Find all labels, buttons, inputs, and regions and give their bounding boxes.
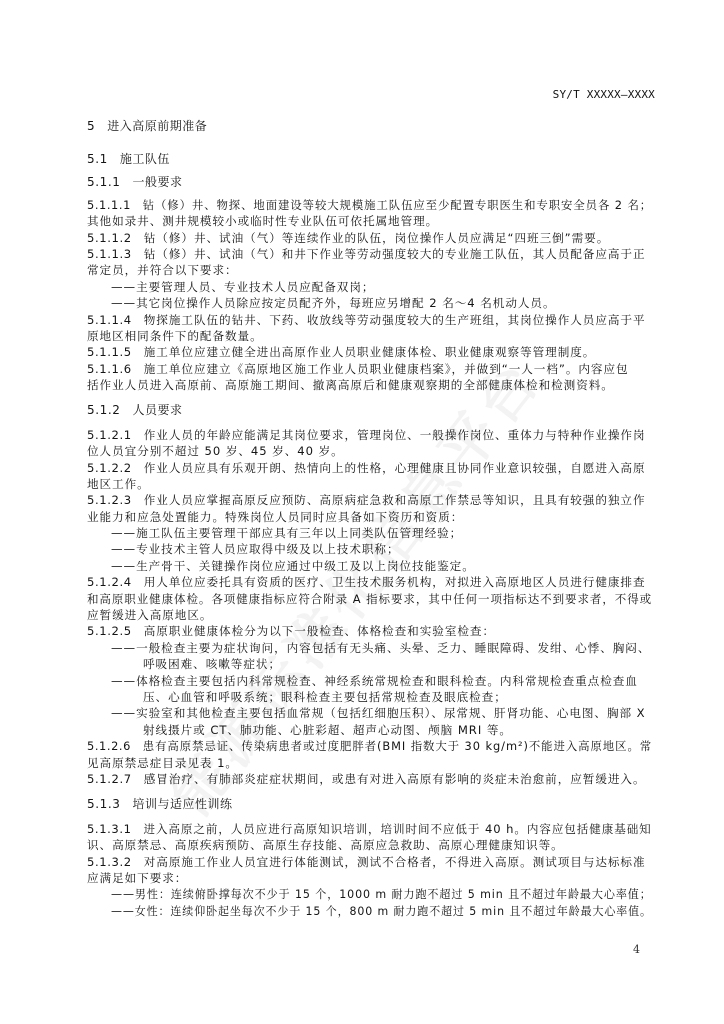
paragraph-line: 5.1.1.5施工单位应建立健全进出高原作业人员职业健康体检、职业健康观察等管理… bbox=[87, 344, 595, 360]
paragraph-line: 5.1.2.1作业人员的年龄应能满足其岗位要求，管理岗位、一般操作岗位、重体力与… bbox=[87, 427, 646, 443]
subsection-heading: 5.1.1一般要求 bbox=[87, 174, 183, 190]
list-item: ——专业技术主管人员应取得中级及以上技术职称； bbox=[111, 541, 400, 557]
line-text: 地区工作。 bbox=[87, 477, 150, 491]
list-item: ——体格检查主要包括内科常规检查、神经系统常规检查和眼科检查。内科常规检查重点检… bbox=[111, 673, 638, 689]
clause-number: 5.1.1.5 bbox=[87, 345, 132, 359]
list-item: ——实验室和其他检查主要包括血常规（包括红细胞压积）、尿常规、肝肾功能、心电图、… bbox=[111, 705, 646, 721]
paragraph-line: 业能力和应急处置能力。特殊岗位人员同时应具备如下资历和资质： bbox=[87, 509, 463, 525]
line-text: ——男性：连续俯卧撑每次不少于 15 个，1000 m 耐力跑不超过 5 min… bbox=[111, 887, 652, 901]
paragraph-line: 5.1.2.5高原职业健康体检分为以下一般检查、体格检查和实验室检查： bbox=[87, 623, 495, 639]
line-text: 进入高原之前，人员应进行高原知识培训，培训时间不应低于 40 h。内容应包括健康… bbox=[143, 822, 651, 836]
clause-number: 5.1.2.4 bbox=[87, 575, 132, 589]
line-text: 括作业人员进入高原前、高原施工期间、撤离高原后和健康观察期的全部健康体检和检测资… bbox=[87, 378, 614, 392]
clause-number: 5.1.3.2 bbox=[87, 855, 132, 869]
clause-number: 5.1.1 bbox=[87, 175, 121, 189]
paragraph-line: 原地区相同条件下的配备数量。 bbox=[87, 328, 263, 344]
paragraph-line: 5.1.3.1进入高原之前，人员应进行高原知识培训，培训时间不应低于 40 h。… bbox=[87, 821, 652, 837]
clause-number: 5.1.2.3 bbox=[87, 493, 132, 507]
line-text: 作业人员应掌握高原反应预防、高原病症急救和高原工作禁忌等知识，且具有较强的独立作 bbox=[144, 493, 646, 507]
line-text: 施工队伍 bbox=[120, 152, 170, 166]
line-text: 一般要求 bbox=[133, 175, 183, 189]
clause-number: 5.1.3 bbox=[87, 797, 121, 811]
line-text: 人员要求 bbox=[133, 403, 183, 417]
paragraph-line: 常定员，并符合以下要求： bbox=[87, 262, 238, 278]
line-text: 常定员，并符合以下要求： bbox=[87, 263, 238, 277]
list-item: ——一般检查主要为症状询问，内容包括有无头痛、头晕、乏力、睡眠障碍、发绀、心悸、… bbox=[111, 640, 650, 656]
paragraph-line: 位人员宜分别不超过 50 岁、45 岁、40 岁。 bbox=[87, 443, 344, 459]
line-text: 应满足如下要求： bbox=[87, 871, 187, 885]
paragraph-line: 5.1.1.6施工单位应建立《高原地区施工作业人员职业健康档案》，并做到“一人一… bbox=[87, 361, 629, 377]
line-text: ——一般检查主要为症状询问，内容包括有无头痛、头晕、乏力、睡眠障碍、发绀、心悸、… bbox=[111, 641, 650, 655]
line-text: 射线摄片或 CT、肺功能、心脏彩超、超声心动图、颅脑 MRI 等。 bbox=[143, 723, 512, 737]
line-text: 见高原禁忌症目录见表 1。 bbox=[87, 756, 238, 770]
subsection-heading: 5.1.3培训与适应性训练 bbox=[87, 796, 233, 812]
paragraph-line: 5.1.2.6患有高原禁忌证、传染病患者或过度肥胖者(BMI 指数大于 30 k… bbox=[87, 738, 652, 754]
line-text: 施工单位应建立健全进出高原作业人员职业健康体检、职业健康观察等管理制度。 bbox=[144, 345, 596, 359]
list-item: ——其它岗位操作人员除应按定员配齐外，每班应另增配 2 名～4 名机动人员。 bbox=[111, 295, 556, 311]
clause-number: 5.1.1.1 bbox=[87, 198, 131, 212]
line-text: ——女性：连续仰卧起坐每次不少于 15 个，800 m 耐力跑不超过 5 min… bbox=[111, 904, 652, 918]
line-text: 钻（修）井、试油（气）等连续作业的队伍，岗位操作人员应满足“四班三倒”需要。 bbox=[144, 231, 610, 245]
line-text: ——实验室和其他检查主要包括血常规（包括红细胞压积）、尿常规、肝肾功能、心电图、… bbox=[111, 706, 646, 720]
list-item: ——男性：连续俯卧撑每次不少于 15 个，1000 m 耐力跑不超过 5 min… bbox=[111, 886, 652, 902]
paragraph-line: 5.1.1.1钻（修）井、物探、地面建设等较大规模施工队伍应至少配置专职医生和专… bbox=[87, 197, 652, 213]
clause-number: 5.1 bbox=[87, 152, 108, 166]
line-text: 培训与适应性训练 bbox=[133, 797, 233, 811]
line-text: ——体格检查主要包括内科常规检查、神经系统常规检查和眼科检查。内科常规检查重点检… bbox=[111, 674, 638, 688]
paragraph-line: 5.1.3.2对高原施工作业人员宜进行体能测试，测试不合格者，不得进入高原。测试… bbox=[87, 854, 646, 870]
clause-number: 5.1.3.1 bbox=[87, 822, 132, 836]
clause-number: 5.1.1.2 bbox=[87, 231, 132, 245]
paragraph-line: 5.1.1.4物探施工队伍的钻井、下药、收放线等劳动强度较大的生产班组，其岗位操… bbox=[87, 312, 646, 328]
list-item: ——施工队伍主要管理干部应具有三年以上同类队伍管理经验； bbox=[111, 525, 462, 541]
line-text: ——专业技术主管人员应取得中级及以上技术职称； bbox=[111, 542, 400, 556]
clause-number: 5.1.2.6 bbox=[87, 739, 131, 753]
line-text: 应暂缓进入高原地区。 bbox=[87, 608, 212, 622]
page-number: 4 bbox=[633, 943, 640, 956]
line-text: 高原职业健康体检分为以下一般检查、体格检查和实验室检查： bbox=[144, 624, 495, 638]
list-item: ——女性：连续仰卧起坐每次不少于 15 个，800 m 耐力跑不超过 5 min… bbox=[111, 903, 652, 919]
line-text: 施工单位应建立《高原地区施工作业人员职业健康档案》，并做到“一人一档”。内容应包 bbox=[144, 362, 629, 376]
line-text: 对高原施工作业人员宜进行体能测试，测试不合格者，不得进入高原。测试项目与达标标准 bbox=[144, 855, 646, 869]
line-text: 其他如录井、测井规模较小或临时性专业队伍可依托属地管理。 bbox=[87, 214, 438, 228]
line-text: 钻（修）井、试油（气）和井下作业等劳动强度较大的专业施工队伍，其人员配备应高于正 bbox=[144, 247, 646, 261]
line-text: 位人员宜分别不超过 50 岁、45 岁、40 岁。 bbox=[87, 444, 344, 458]
paragraph-line: 其他如录井、测井规模较小或临时性专业队伍可依托属地管理。 bbox=[87, 213, 438, 229]
line-text: 压、心血管和呼吸系统；眼科检查主要包括常规检查及眼底检查； bbox=[143, 690, 507, 704]
paragraph-line: 5.1.1.3钻（修）井、试油（气）和井下作业等劳动强度较大的专业施工队伍，其人… bbox=[87, 246, 646, 262]
subsection-heading: 5.1.2人员要求 bbox=[87, 402, 183, 418]
section-heading: 5进入高原前期准备 bbox=[87, 118, 207, 134]
subsection-heading: 5.1施工队伍 bbox=[87, 151, 170, 167]
paragraph-line: 5.1.2.2作业人员应具有乐观开朗、热情向上的性格，心理健康且协同作业意识较强… bbox=[87, 460, 646, 476]
line-text: ——生产骨干、关键操作岗位应通过中级工及以上岗位技能鉴定。 bbox=[111, 559, 475, 573]
line-text: 钻（修）井、物探、地面建设等较大规模施工队伍应至少配置专职医生和专职安全员各 2… bbox=[143, 198, 652, 212]
document-page: 能源标准化信息平台 SY/T XXXXX—XXXX 5进入高原前期准备5.1施工… bbox=[0, 0, 724, 1024]
paragraph-line: 5.1.1.2钻（修）井、试油（气）等连续作业的队伍，岗位操作人员应满足“四班三… bbox=[87, 230, 609, 246]
clause-number: 5.1.1.6 bbox=[87, 362, 132, 376]
line-text: 用人单位应委托具有资质的医疗、卫生技术服务机构，对拟进入高原地区人员进行健康排查 bbox=[144, 575, 646, 589]
line-text: 和高原职业健康体检。各项健康指标应符合附录 A 指标要求，其中任何一项指标达不到… bbox=[87, 592, 652, 606]
paragraph-line: 地区工作。 bbox=[87, 476, 150, 492]
paragraph-line: 括作业人员进入高原前、高原施工期间、撤离高原后和健康观察期的全部健康体检和检测资… bbox=[87, 377, 614, 393]
line-text: ——施工队伍主要管理干部应具有三年以上同类队伍管理经验； bbox=[111, 526, 462, 540]
clause-number: 5 bbox=[87, 119, 95, 133]
paragraph-line: 识、高原禁忌、高原疾病预防、高原生存技能、高原应急救助、高原心理健康知识等。 bbox=[87, 837, 564, 853]
line-text: 作业人员应具有乐观开朗、热情向上的性格，心理健康且协同作业意识较强，自愿进入高原 bbox=[144, 461, 646, 475]
line-text: 患有高原禁忌证、传染病患者或过度肥胖者(BMI 指数大于 30 kg/m²)不能… bbox=[143, 739, 652, 753]
paragraph-line: 5.1.2.4用人单位应委托具有资质的医疗、卫生技术服务机构，对拟进入高原地区人… bbox=[87, 574, 646, 590]
line-text: ——主要管理人员、专业技术人员应配备双岗； bbox=[111, 280, 374, 294]
paragraph-line: 5.1.2.3作业人员应掌握高原反应预防、高原病症急救和高原工作禁忌等知识，且具… bbox=[87, 492, 646, 508]
paragraph-line: 和高原职业健康体检。各项健康指标应符合附录 A 指标要求，其中任何一项指标达不到… bbox=[87, 591, 652, 607]
paragraph-line: 5.1.2.7感冒治疗、有肺部炎症症状期间，或患有对进入高原有影响的炎症未治愈前… bbox=[87, 771, 646, 787]
line-text: ——其它岗位操作人员除应按定员配齐外，每班应另增配 2 名～4 名机动人员。 bbox=[111, 296, 556, 310]
paragraph-line: 见高原禁忌症目录见表 1。 bbox=[87, 755, 238, 771]
clause-number: 5.1.2.5 bbox=[87, 624, 132, 638]
list-item: ——主要管理人员、专业技术人员应配备双岗； bbox=[111, 279, 374, 295]
clause-number: 5.1.1.4 bbox=[87, 313, 132, 327]
clause-number: 5.1.2.2 bbox=[87, 461, 132, 475]
clause-number: 5.1.2 bbox=[87, 403, 121, 417]
list-item-continuation: 呼吸困难、咳嗽等症状； bbox=[143, 656, 281, 672]
list-item-continuation: 压、心血管和呼吸系统；眼科检查主要包括常规检查及眼底检查； bbox=[143, 689, 507, 705]
document-code: SY/T XXXXX—XXXX bbox=[553, 88, 655, 101]
line-text: 原地区相同条件下的配备数量。 bbox=[87, 329, 263, 343]
line-text: 业能力和应急处置能力。特殊岗位人员同时应具备如下资历和资质： bbox=[87, 510, 463, 524]
line-text: 作业人员的年龄应能满足其岗位要求，管理岗位、一般操作岗位、重体力与特种作业操作岗 bbox=[144, 428, 646, 442]
line-text: 感冒治疗、有肺部炎症症状期间，或患有对进入高原有影响的炎症未治愈前，应暂缓进入。 bbox=[144, 772, 646, 786]
line-text: 物探施工队伍的钻井、下药、收放线等劳动强度较大的生产班组，其岗位操作人员应高于平 bbox=[144, 313, 646, 327]
paragraph-line: 应暂缓进入高原地区。 bbox=[87, 607, 212, 623]
list-item: ——生产骨干、关键操作岗位应通过中级工及以上岗位技能鉴定。 bbox=[111, 558, 475, 574]
clause-number: 5.1.2.7 bbox=[87, 772, 132, 786]
clause-number: 5.1.2.1 bbox=[87, 428, 132, 442]
line-text: 进入高原前期准备 bbox=[107, 119, 207, 133]
list-item-continuation: 射线摄片或 CT、肺功能、心脏彩超、超声心动图、颅脑 MRI 等。 bbox=[143, 722, 512, 738]
clause-number: 5.1.1.3 bbox=[87, 247, 132, 261]
paragraph-line: 应满足如下要求： bbox=[87, 870, 187, 886]
line-text: 识、高原禁忌、高原疾病预防、高原生存技能、高原应急救助、高原心理健康知识等。 bbox=[87, 838, 564, 852]
line-text: 呼吸困难、咳嗽等症状； bbox=[143, 657, 281, 671]
